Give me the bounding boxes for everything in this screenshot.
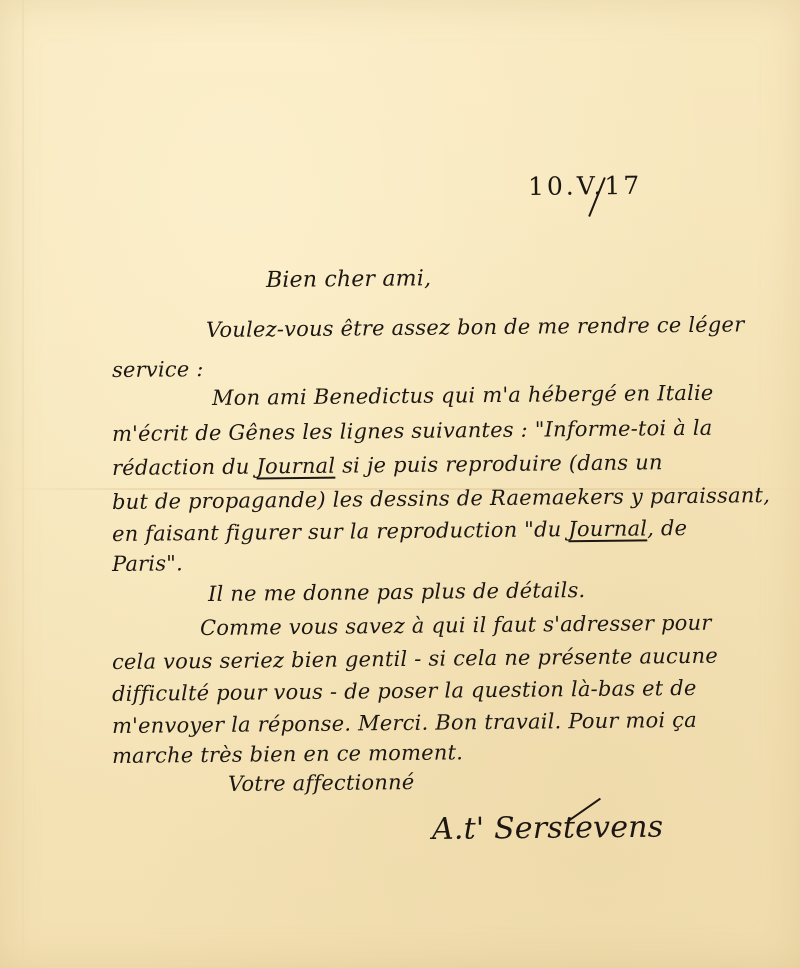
paper-fold-vertical [22, 0, 24, 968]
body-line-12: difficulté pour vous - de poser la quest… [112, 676, 697, 706]
body-line-5-a: rédaction du [112, 455, 250, 480]
signature: A.t' Serstevens [432, 810, 664, 847]
body-line-9: Il ne me donne pas plus de détails. [208, 578, 586, 606]
body-line-1: Voulez-vous être assez bon de me rendre … [206, 312, 745, 342]
body-line-4: m'écrit de Gênes les lignes suivantes : … [112, 416, 713, 446]
journal-title-2: Journal [568, 516, 647, 541]
salutation: Bien cher ami, [266, 266, 431, 293]
journal-title-1: Journal [256, 454, 335, 479]
body-line-8: Paris". [112, 551, 183, 576]
body-line-11: cela vous seriez bien gentil - si cela n… [112, 644, 718, 674]
letter-date: 10.V.17 [528, 171, 643, 201]
body-line-14: marche très bien en ce moment. [112, 740, 463, 768]
letter-page: 10.V.17 Bien cher ami, Voulez-vous être … [0, 0, 800, 968]
closing: Votre affectionné [228, 770, 415, 796]
body-line-3: Mon ami Benedictus qui m'a hébergé en It… [212, 381, 714, 410]
body-line-5: rédaction du Journal si je puis reprodui… [112, 450, 663, 480]
body-line-7-a: en faisant figurer sur la reproduction "… [112, 517, 562, 546]
body-line-10: Comme vous savez à qui il faut s'adresse… [200, 611, 712, 640]
body-line-7-b: , de [647, 516, 687, 540]
body-line-7: en faisant figurer sur la reproduction "… [112, 516, 687, 546]
body-line-13: m'envoyer la réponse. Merci. Bon travail… [112, 708, 697, 738]
body-line-5-b: si je puis reproduire (dans un [342, 450, 663, 477]
body-line-2: service : [112, 357, 204, 382]
